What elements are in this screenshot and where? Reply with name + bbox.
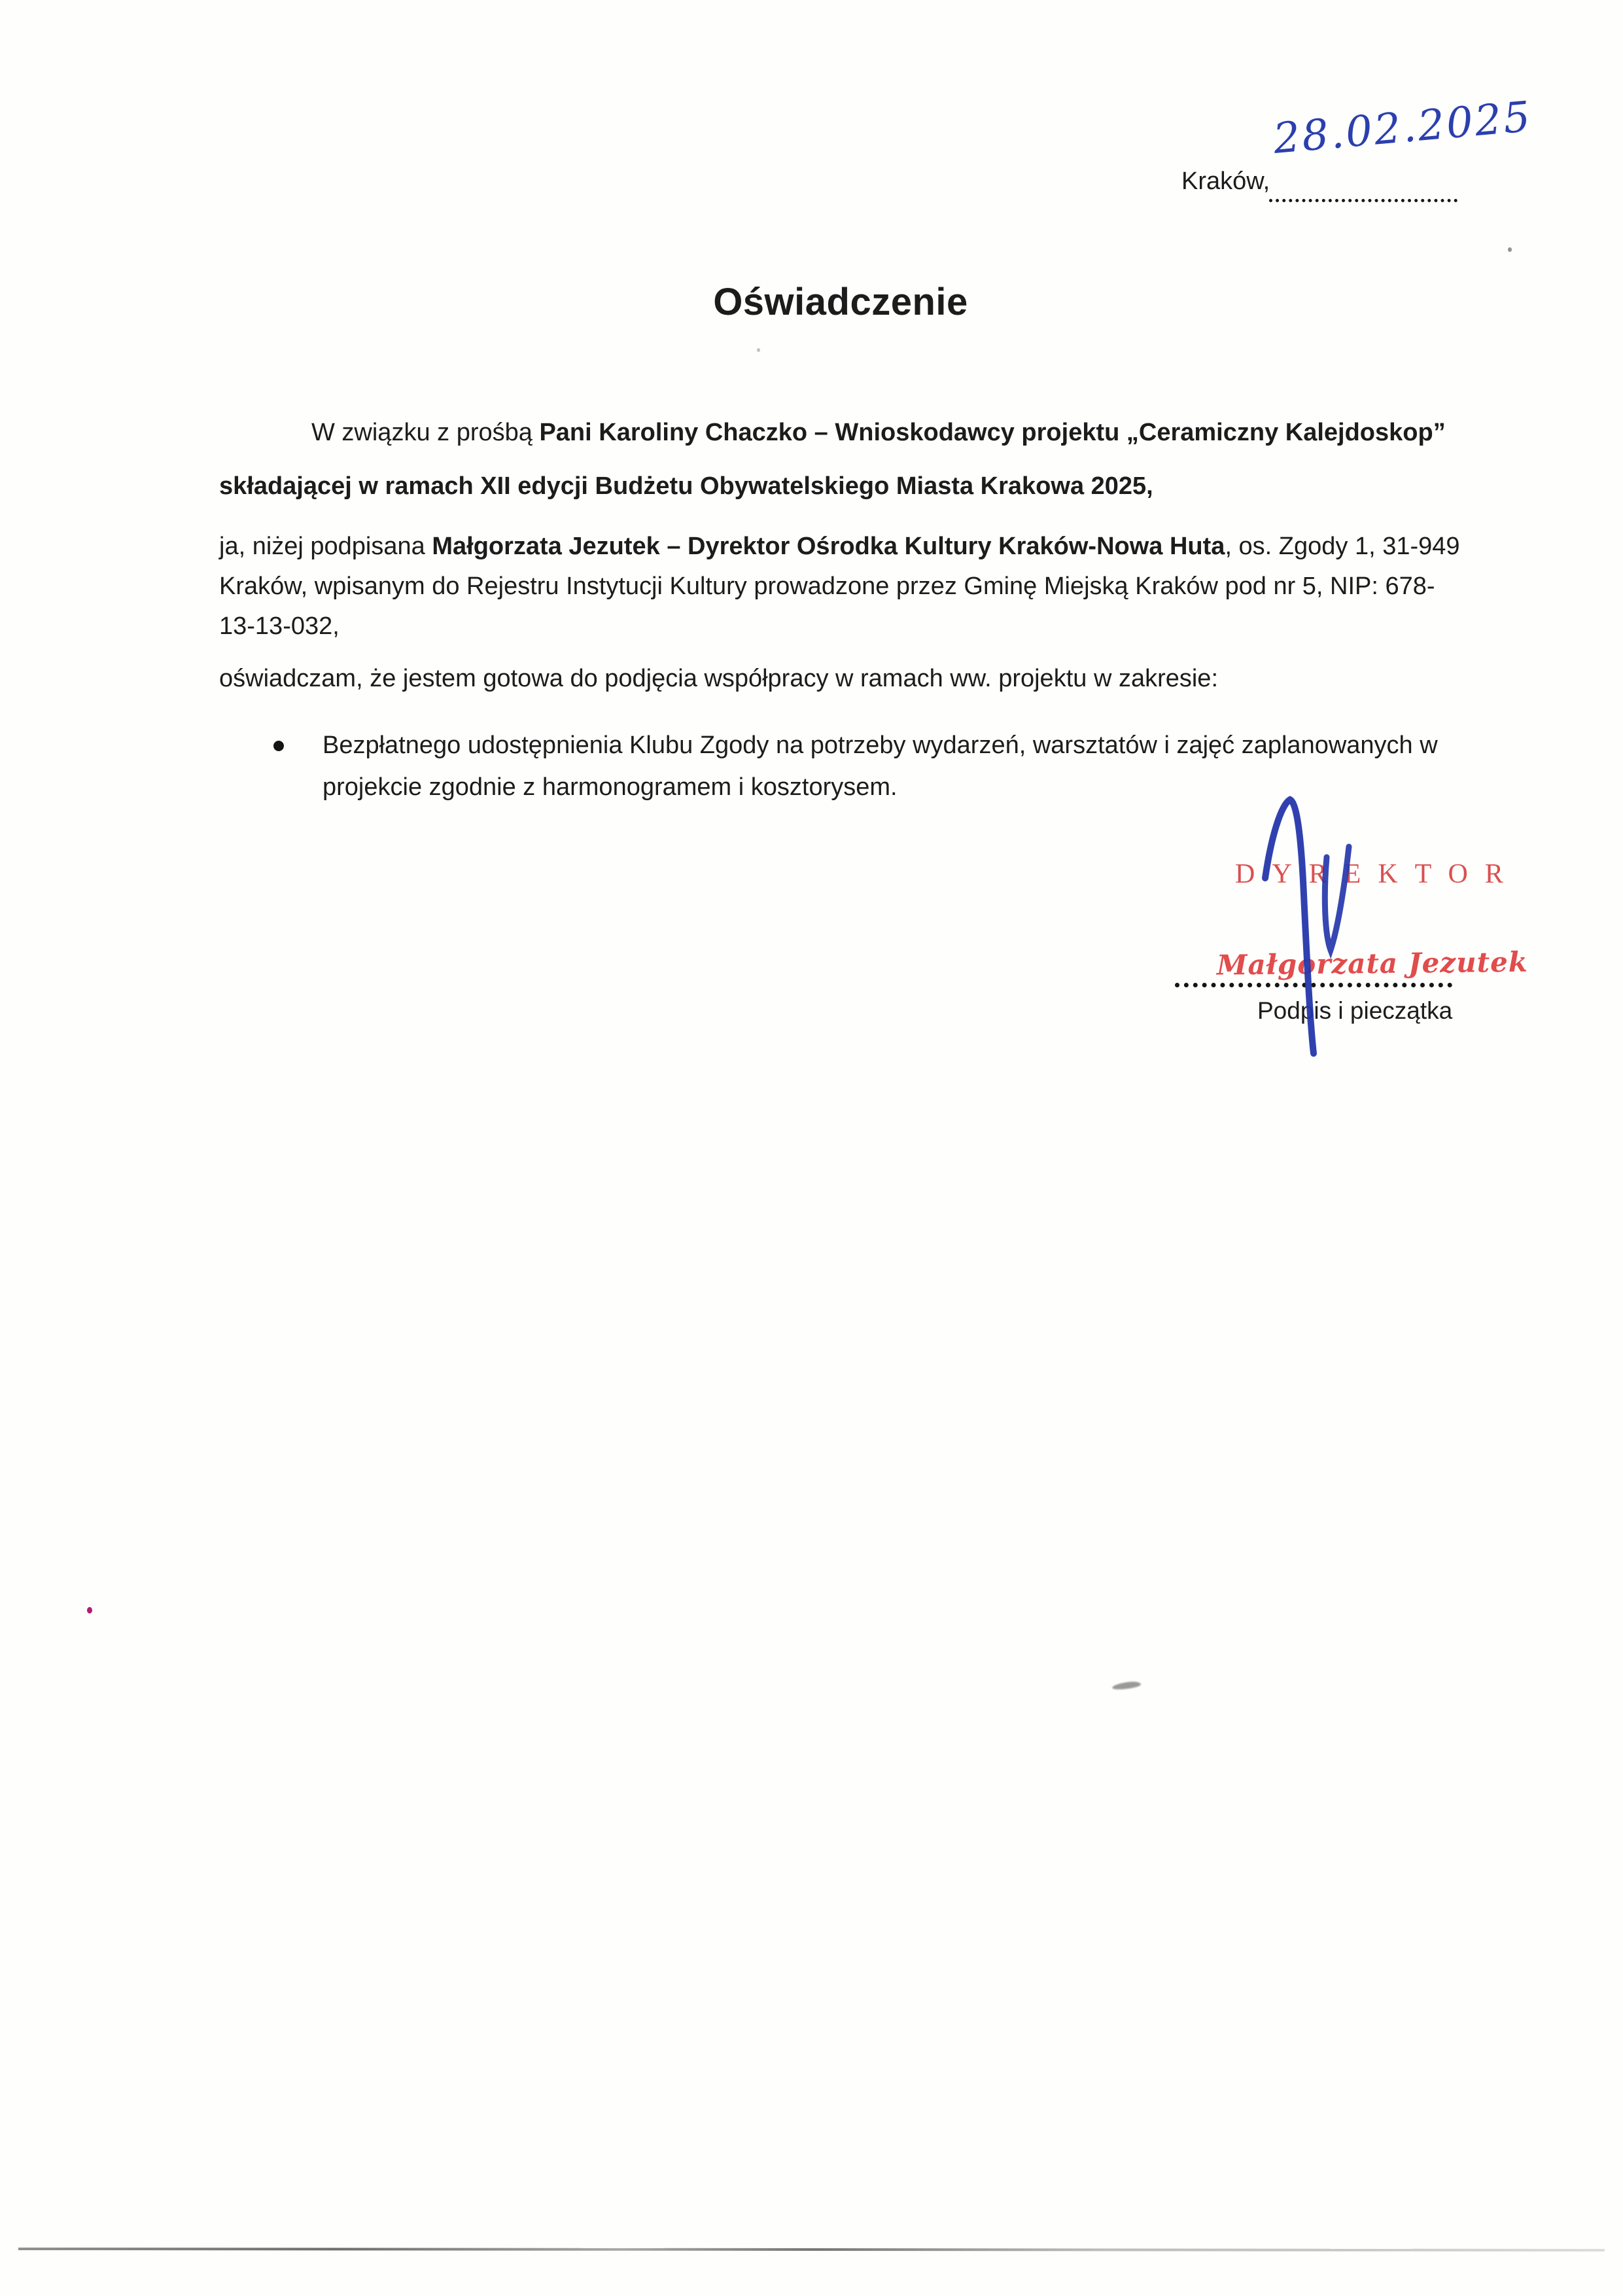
document-title: Oświadczenie xyxy=(219,280,1462,324)
handwritten-date: 28.02.2025 xyxy=(1272,93,1534,164)
scan-smudge xyxy=(1112,1680,1142,1690)
scanned-declaration-page: Kraków, 28.02.2025 Oświadczenie W związk… xyxy=(0,0,1623,2296)
bullet-line-2: projekcie zgodnie z harmonogramem i kosz… xyxy=(323,773,898,802)
scan-speck-gray xyxy=(1508,247,1512,252)
signature-main-stroke xyxy=(1265,800,1314,1053)
handwritten-signature xyxy=(1242,783,1380,1073)
scan-artifact-line xyxy=(18,2248,1605,2252)
p1-intro-text: W związku z prośbą xyxy=(311,419,539,446)
date-dotted-line xyxy=(1269,169,1457,202)
paragraph-1-line-2: składającej w ramach XII edycji Budżetu … xyxy=(219,472,1153,501)
city-date-label: Kraków, xyxy=(1181,168,1270,196)
paragraph-1-line-1: W związku z prośbą Pani Karoliny Chaczko… xyxy=(311,419,1446,447)
paragraph-3: oświadczam, że jestem gotowa do podjęcia… xyxy=(219,665,1218,693)
p2-intro-text: ja, niżej podpisana xyxy=(219,533,432,560)
p2-address-tail: , os. Zgody 1, 31-949 xyxy=(1225,533,1459,560)
bullet-marker xyxy=(273,741,284,751)
signature-secondary-stroke xyxy=(1325,847,1349,950)
p1-applicant-bold: Pani Karoliny Chaczko – Wnioskodawcy pro… xyxy=(539,419,1445,446)
paragraph-2-line-2: Kraków, wpisanym do Rejestru Instytucji … xyxy=(219,573,1435,601)
p2-director-bold: Małgorzata Jezutek – Dyrektor Ośrodka Ku… xyxy=(432,533,1225,560)
paragraph-2-line-3: 13-13-032, xyxy=(219,612,340,641)
paragraph-2-line-1: ja, niżej podpisana Małgorzata Jezutek –… xyxy=(219,533,1460,561)
scan-speck-magenta xyxy=(87,1607,92,1614)
scan-speck-gray-small xyxy=(757,348,760,352)
bullet-line-1: Bezpłatnego udostępnienia Klubu Zgody na… xyxy=(323,732,1438,760)
